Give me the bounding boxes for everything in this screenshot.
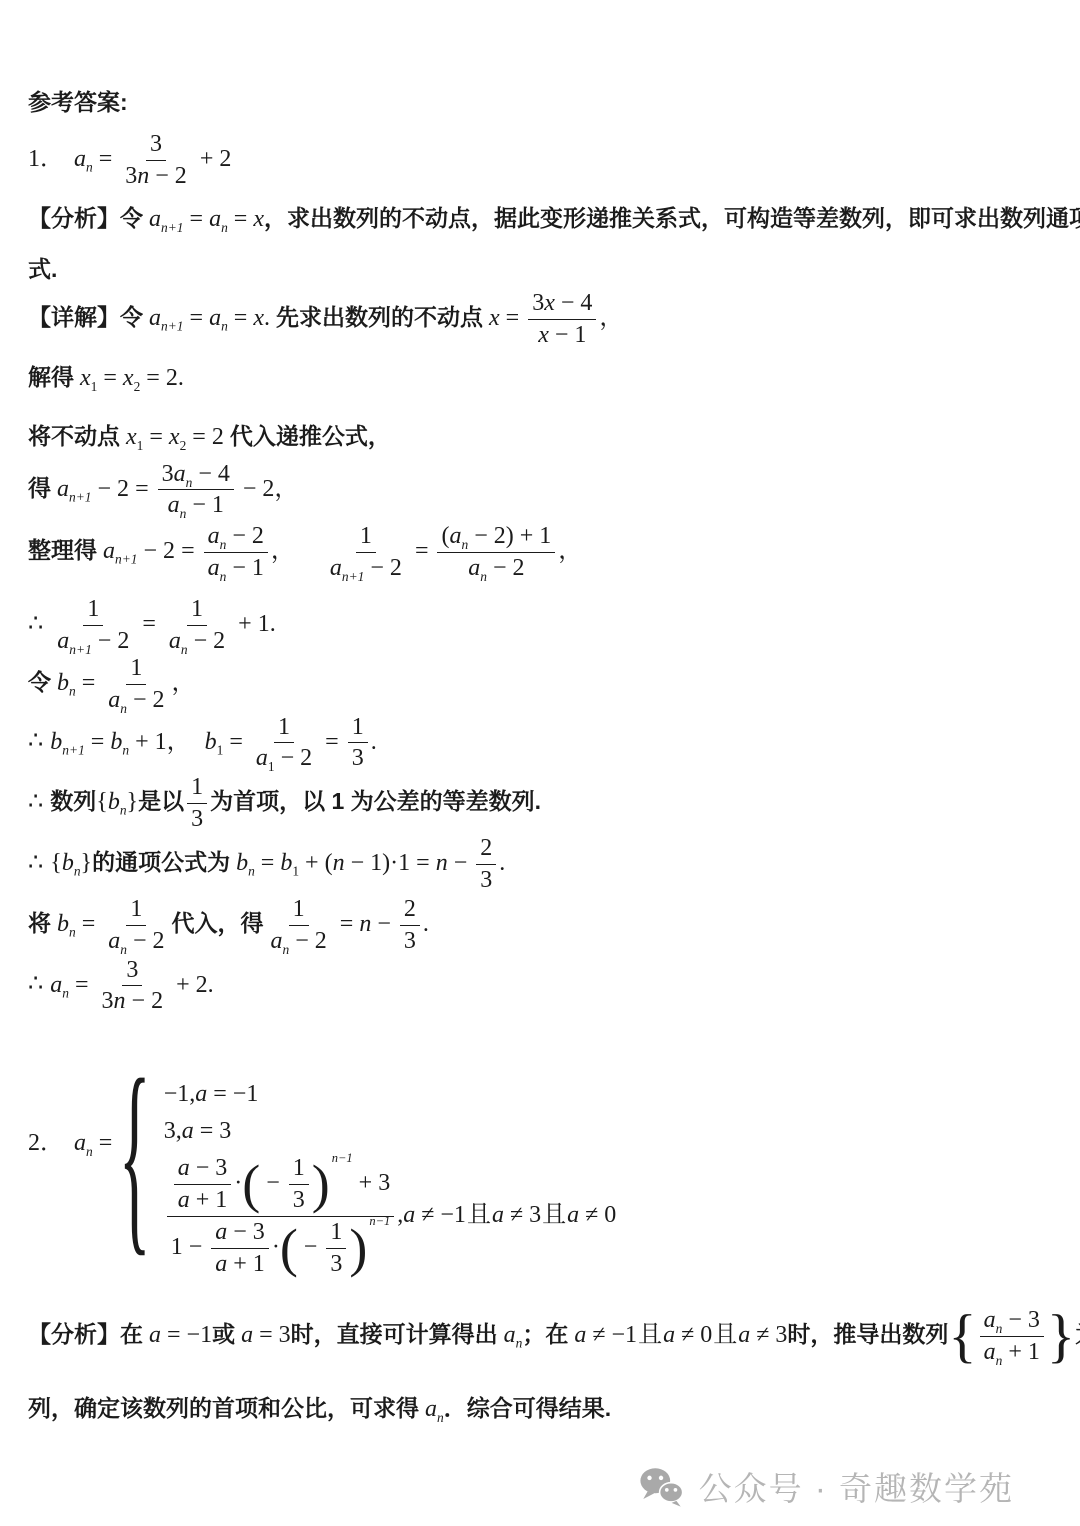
fraction: 23 <box>400 896 420 955</box>
denominator: a1 − 2 <box>252 743 316 772</box>
arithmetic-conclusion: ∴数列{bn}是以13为首项，以 1 为公差的等差数列. <box>28 774 1056 833</box>
sub-np1: n+1 <box>62 742 85 757</box>
denominator: 3 <box>476 865 496 894</box>
op: + 1 <box>190 1187 228 1213</box>
sub-n: n <box>62 985 69 1000</box>
fraction: a − 3a + 1 <box>174 1155 232 1214</box>
brace: { <box>50 850 62 876</box>
var-b: b <box>57 670 69 696</box>
var-a: a <box>208 523 220 549</box>
comma: ， <box>558 538 582 564</box>
var-a: a <box>174 461 186 487</box>
var-a: a <box>241 1322 253 1348</box>
analysis-1-line-1: 【分析】令 an+1 = an = x，求出数列的不动点，据此变形递推关系式，可… <box>28 200 1056 233</box>
analysis-1-line-2: 式. <box>28 251 1056 284</box>
op: + 2 <box>170 971 208 997</box>
op-dot1: ·1 <box>390 850 410 876</box>
var-a: a <box>168 492 180 518</box>
coef: 3 <box>162 461 174 487</box>
var-a: a <box>330 555 342 581</box>
fraction: 1an+1 − 2 <box>326 523 406 582</box>
cn-budong: 将不动点 <box>28 423 120 449</box>
op: + 1 <box>232 611 270 637</box>
analysis-2-line-2: 列，确定该数列的首项和公比，可求得 an．综合可得结果. <box>28 1390 1056 1423</box>
op-eq: = <box>69 971 95 997</box>
paren: ( <box>325 850 333 876</box>
derive-line-1: 得 an+1 − 2 = 3an − 4an − 1 − 2， <box>28 461 1056 520</box>
numerator: 3 <box>146 131 166 161</box>
answer-2-piecewise: 2．an = { −1,a = −1 3,a = 3 a − 3a + 1·( … <box>28 1019 1056 1291</box>
var-a: a <box>449 523 461 549</box>
op: − 3 <box>227 1219 265 1245</box>
big-brace-left: { <box>948 1304 976 1369</box>
coef: 3 <box>102 988 114 1014</box>
value: −1, <box>164 1081 196 1107</box>
cond: ≠ 3 <box>750 1322 787 1348</box>
document-page: 参考答案: 1．an = 33n − 2 + 2 【分析】令 an+1 = an… <box>0 0 1080 1423</box>
var-a: a <box>209 206 221 232</box>
cn-shiyi: 是以 <box>138 788 184 814</box>
var-a: a <box>195 1081 207 1107</box>
cn-dairu: 代入，得 <box>172 910 264 936</box>
op-dot: · <box>272 1234 280 1260</box>
var-a: a <box>215 1251 227 1277</box>
op-minus: − <box>371 911 397 937</box>
var-a: a <box>984 1307 996 1333</box>
coef: 3 <box>532 290 544 316</box>
var-b: b <box>236 850 248 876</box>
denominator: an − 2 <box>165 626 229 655</box>
var-a: a <box>178 1155 190 1181</box>
bn-general-term: ∴{bn}的通项公式为 bn = b1 + (n − 1)·1 = n − 23… <box>28 835 1056 894</box>
op-dot: · <box>234 1170 242 1196</box>
op: − 1 <box>549 322 587 348</box>
var-a: a <box>149 206 161 232</box>
fraction: 1an − 2 <box>267 896 331 955</box>
op: − 4 <box>192 461 230 487</box>
var-x: x <box>169 424 180 450</box>
denominator: x − 1 <box>534 320 590 349</box>
op: + 1 <box>227 1251 265 1277</box>
sub-n: n <box>480 569 487 584</box>
op-minus: − 2 <box>149 163 187 189</box>
cn-dairudt: 代入递推公式， <box>230 423 391 449</box>
cn-shulie: 数列 <box>50 788 96 814</box>
answer-1: 1．an = 33n − 2 + 2 <box>28 131 1056 190</box>
therefore-symbol: ∴ <box>28 611 43 637</box>
sub-n: n <box>221 318 228 333</box>
cn-za4: ；在 <box>522 1321 568 1347</box>
comma: ， <box>274 475 298 501</box>
op: − 2 <box>127 687 165 713</box>
op-neg: − <box>298 1234 324 1260</box>
denominator: an+1 − 2 <box>326 553 406 582</box>
fraction: 3x − 4x − 1 <box>528 290 596 349</box>
period: . <box>208 971 214 997</box>
var-a: a <box>108 928 120 954</box>
op: + 1 <box>1002 1339 1040 1365</box>
var-b: b <box>110 728 122 754</box>
var-b: b <box>62 850 74 876</box>
define-bn: 令 bn = 1an − 2， <box>28 655 1056 714</box>
var-b: b <box>280 850 292 876</box>
var-x: x <box>126 424 137 450</box>
sub-n: n <box>120 941 127 956</box>
cn-shouxiang: 为首项，以 1 为公差的等差数列. <box>210 788 541 814</box>
numerator: 2 <box>476 835 496 865</box>
numerator: 2 <box>400 896 420 926</box>
op-eq: = <box>85 728 111 754</box>
op: − 2 <box>487 555 525 581</box>
op: − 2 <box>92 475 130 501</box>
brace: { <box>96 789 108 815</box>
cn-jiede: 解得 <box>28 364 74 390</box>
numerator: 1 <box>348 714 368 744</box>
denominator: 3n − 2 <box>98 986 168 1015</box>
numerator: 1 <box>83 596 103 626</box>
title-text: 参考答案: <box>28 89 128 115</box>
op: − 2 <box>138 538 176 564</box>
cn-zb1: 列，确定该数列的首项和公比，可求得 <box>28 1395 419 1421</box>
cn-za6: 为等比数 <box>1075 1321 1080 1347</box>
op: − 2 <box>127 928 165 954</box>
fraction: 13 <box>326 1219 346 1278</box>
op-eq: = <box>228 206 254 232</box>
therefore-symbol: ∴ <box>28 971 43 997</box>
sub-n: n <box>120 803 127 818</box>
paren: ) <box>506 523 514 549</box>
denominator: 3 <box>289 1185 309 1214</box>
piecewise-cases: −1,a = −1 3,a = 3 a − 3a + 1·( − 13)n−1 … <box>164 1028 617 1283</box>
op-eq: = <box>76 911 102 937</box>
fraction: 13 <box>187 774 207 833</box>
numerator: 1 <box>126 896 146 926</box>
fraction: 3an − 4an − 1 <box>158 461 234 520</box>
denominator: a + 1 <box>211 1249 269 1278</box>
paren: ) <box>382 850 390 876</box>
var-a: a <box>209 305 221 331</box>
var-a: a <box>425 1396 437 1422</box>
var-x: x <box>123 365 134 391</box>
op: − 2 <box>289 928 327 954</box>
analysis-label: 【分析】 <box>28 1321 120 1347</box>
denominator: an − 1 <box>204 553 268 582</box>
var-a: a <box>74 1130 86 1156</box>
var-a: a <box>74 146 86 172</box>
piecewise-lead: 2．an = <box>28 1122 112 1157</box>
cond: ≠ −1 <box>586 1322 637 1348</box>
op: − 1 <box>186 492 224 518</box>
sub-n: n <box>86 160 93 175</box>
wechat-icon <box>638 1466 686 1508</box>
sub-np1: n+1 <box>161 318 184 333</box>
var-a: a <box>57 628 69 654</box>
op: + 1 <box>129 728 167 754</box>
numerator: 1 <box>289 1155 309 1185</box>
op-eq: = <box>334 911 360 937</box>
numerator: a − 3a + 1·( − 13)n−1 + 3 <box>167 1155 395 1217</box>
sub-n: n <box>69 924 76 939</box>
denominator: an+1 − 2 <box>53 626 133 655</box>
op-eq: = <box>255 850 281 876</box>
left-brace: { <box>119 1048 151 1263</box>
cn-and: 且 <box>542 1202 566 1228</box>
var-x: x <box>544 290 555 316</box>
var-a: a <box>492 1202 504 1228</box>
exponent: n−1 <box>332 1151 353 1165</box>
var-a: a <box>504 1322 516 1348</box>
fraction: 1an − 2 <box>104 655 168 714</box>
cond: = 3 <box>253 1322 291 1348</box>
numerator: 1 <box>326 1219 346 1249</box>
fraction: 23 <box>476 835 496 894</box>
solve-x-line: 解得 x1 = x2 = 2. <box>28 359 1056 392</box>
op-minus: − <box>448 850 474 876</box>
period: . <box>270 611 276 637</box>
op-eq: = <box>76 670 102 696</box>
comma: ， <box>172 670 196 696</box>
therefore-recurrence: ∴1an+1 − 2 = 1an − 2 + 1. <box>28 596 1056 655</box>
var-a: a <box>208 555 220 581</box>
denominator: 3 <box>187 804 207 833</box>
var-a: a <box>403 1202 415 1228</box>
denominator: a + 1 <box>174 1185 232 1214</box>
var-b: b <box>108 789 120 815</box>
op-eq2: = 2 <box>186 424 224 450</box>
fraction: 1a1 − 2 <box>252 714 316 773</box>
detail-label: 【详解】 <box>28 304 120 330</box>
fraction: 1an − 2 <box>104 896 168 955</box>
op: + 1 <box>514 523 552 549</box>
denominator: 3 <box>400 926 420 955</box>
sub-np1: n+1 <box>342 569 365 584</box>
case-3: a − 3a + 1·( − 13)n−1 + 31 − a − 3a + 1·… <box>164 1155 617 1278</box>
const: 1 − <box>171 1234 209 1260</box>
item-number: 2． <box>28 1130 64 1156</box>
denominator: an − 2 <box>104 926 168 955</box>
denominator: an + 1 <box>980 1337 1044 1366</box>
var-a: a <box>574 1322 586 1348</box>
op-eq: = <box>319 728 345 754</box>
sub-np1: n+1 <box>115 552 138 567</box>
cond: ≠ 3 <box>504 1202 541 1228</box>
var-a: a <box>271 928 283 954</box>
fraction: an − 3an + 1 <box>980 1307 1044 1366</box>
cn-jiang: 将 <box>28 910 51 936</box>
var-x: x <box>253 206 264 232</box>
op-neg: − <box>260 1170 286 1196</box>
var-b: b <box>57 911 69 937</box>
op: − 3 <box>1002 1307 1040 1333</box>
numerator: a − 3 <box>174 1155 232 1185</box>
fraction: 13 <box>289 1155 309 1214</box>
op-eq: = <box>184 305 210 331</box>
numerator: (an − 2) + 1 <box>437 523 555 553</box>
var-n: n <box>359 911 371 937</box>
var-x: x <box>253 305 264 331</box>
op: − 1 <box>345 850 383 876</box>
big-fraction: a − 3a + 1·( − 13)n−1 + 31 − a − 3a + 1·… <box>167 1155 395 1278</box>
var-a: a <box>468 555 480 581</box>
sub-n: n <box>86 1144 93 1159</box>
therefore-symbol: ∴ <box>28 789 43 815</box>
analysis-label: 【分析】 <box>28 205 120 231</box>
var-a: a <box>256 745 268 771</box>
cond: = 3 <box>194 1118 232 1144</box>
var-a: a <box>149 305 161 331</box>
period: . <box>423 911 429 937</box>
fraction: 33n − 2 <box>121 131 191 190</box>
var-a: a <box>663 1322 675 1348</box>
cn-de: 得 <box>28 474 51 500</box>
fraction: a − 3a + 1 <box>211 1219 269 1278</box>
cond: = −1 <box>161 1322 212 1348</box>
op: − 1 <box>226 555 264 581</box>
answer-1-result: ∴an = 33n − 2 + 2. <box>28 957 1056 1016</box>
numerator: an − 3 <box>980 1307 1044 1337</box>
var-x: x <box>80 365 91 391</box>
op-eq: = <box>223 728 249 754</box>
watermark-label: 公众号 · 奇趣数学苑 <box>699 1463 1014 1510</box>
sub-n: n <box>69 683 76 698</box>
denominator: 3 <box>326 1249 346 1278</box>
var-n: n <box>137 163 149 189</box>
var-a: a <box>50 971 62 997</box>
answers-title: 参考答案: <box>28 84 1056 117</box>
fraction: 33n − 2 <box>98 957 168 1016</box>
numerator: 1 <box>356 523 376 553</box>
op: − 2 <box>126 988 164 1014</box>
case-1: −1,a = −1 <box>164 1081 617 1108</box>
fraction: 1an+1 − 2 <box>53 596 133 655</box>
cn-zb2: ．综合可得结果. <box>444 1395 611 1421</box>
cn-za5: 时，推导出数列 <box>787 1321 948 1347</box>
op: − 2 <box>226 523 264 549</box>
numerator: 3x − 4 <box>528 290 596 320</box>
cn-za2: 或 <box>212 1321 235 1347</box>
period: . <box>264 305 270 331</box>
cn-za3: 时，直接可计算得出 <box>291 1321 498 1347</box>
therefore-symbol: ∴ <box>28 850 43 876</box>
detail-1-intro: 【详解】令 an+1 = an = x. 先求出数列的不动点 x = 3x − … <box>28 290 1056 349</box>
op: − 2 <box>237 475 275 501</box>
cn-za1: 在 <box>120 1321 143 1347</box>
fraction: an − 2an − 1 <box>204 523 268 582</box>
numerator: 1 <box>289 896 309 926</box>
op: − 2 <box>92 628 130 654</box>
coef: 3 <box>125 163 137 189</box>
op: − 2 <box>468 523 506 549</box>
sub-1: 1 <box>268 759 275 774</box>
cond: ≠ 0 <box>675 1322 712 1348</box>
sub-np1: n+1 <box>161 220 184 235</box>
var-a: a <box>178 1187 190 1213</box>
var-x: x <box>489 305 500 331</box>
op-eq: = <box>93 146 119 172</box>
cn-ling: 令 <box>120 304 143 330</box>
bn-recurrence: ∴bn+1 = bn + 1，b1 = 1a1 − 2 = 13. <box>28 714 1056 773</box>
sub-n: n <box>437 1410 444 1425</box>
sub-np1: n+1 <box>69 489 92 504</box>
var-n: n <box>114 988 126 1014</box>
brace: } <box>127 789 139 815</box>
var-a: a <box>182 1118 194 1144</box>
var-n: n <box>333 850 345 876</box>
var-a: a <box>215 1219 227 1245</box>
substitute-line: 将不动点 x1 = x2 = 2 代入递推公式， <box>28 418 1056 451</box>
op-eq: = <box>184 206 210 232</box>
brace: } <box>81 850 93 876</box>
numerator: 1 <box>274 714 294 744</box>
denominator: an − 2 <box>267 926 331 955</box>
numerator: 1 <box>187 774 207 804</box>
cn-ling: 令 <box>120 205 143 231</box>
numerator: an − 2 <box>204 523 268 553</box>
denominator: an − 2 <box>104 685 168 714</box>
op-eq: = <box>500 305 526 331</box>
op: − 2 <box>275 745 313 771</box>
op-eq: = <box>129 475 155 501</box>
var-a: a <box>738 1322 750 1348</box>
denominator: 3 <box>348 743 368 772</box>
cn-and: 且 <box>713 1322 737 1348</box>
sub-n: n <box>221 220 228 235</box>
cn-tongxiang: 的通项公式为 <box>92 849 230 875</box>
var-a: a <box>149 1322 161 1348</box>
cn-zhengli: 整理得 <box>28 537 97 563</box>
big-brace-right: } <box>1047 1304 1075 1369</box>
case-2: 3,a = 3 <box>164 1118 617 1145</box>
var-a: a <box>567 1202 579 1228</box>
numerator: 1 <box>187 596 207 626</box>
cond: ≠ −1 <box>415 1202 466 1228</box>
op-plus: + <box>299 850 325 876</box>
op-eq2: = 2 <box>140 365 178 391</box>
period: . <box>499 850 505 876</box>
numerator: 3 <box>122 957 142 987</box>
fraction: 1an − 2 <box>165 596 229 655</box>
op-eq: = <box>175 538 201 564</box>
op-eq: = <box>410 850 436 876</box>
var-a: a <box>57 475 69 501</box>
analysis-text: ，求出数列的不动点，据此变形递推关系式，可构造等差数列，即可求出数列通项公 <box>264 205 1080 231</box>
denominator: an − 1 <box>164 490 228 519</box>
op-eq: = <box>409 538 435 564</box>
op-eq: = <box>97 365 123 391</box>
substitute-back: 将 bn = 1an − 2代入，得1an − 2 = n − 23. <box>28 896 1056 955</box>
numerator: a − 3 <box>211 1219 269 1249</box>
item-number: 1． <box>28 146 64 172</box>
denominator: 3n − 2 <box>121 161 191 190</box>
fraction: 13 <box>348 714 368 773</box>
piecewise-brace: { <box>116 1019 153 1291</box>
var-x: x <box>538 322 549 348</box>
op-eq: = <box>136 611 162 637</box>
fraction: (an − 2) + 1an − 2 <box>437 523 555 582</box>
cn-ling: 令 <box>28 669 51 695</box>
analysis-text-cont: 式. <box>28 256 57 282</box>
exponent: n−1 <box>369 1214 390 1228</box>
op-eq: = <box>228 305 254 331</box>
op-eq: = <box>93 1130 113 1156</box>
period: . <box>371 728 377 754</box>
cn-and: 且 <box>467 1202 491 1228</box>
var-a: a <box>108 687 120 713</box>
derive-line-2: 整理得 an+1 − 2 = an − 2an − 1，1an+1 − 2 = … <box>28 523 1056 582</box>
op-eq: = <box>143 424 169 450</box>
var-a: a <box>103 538 115 564</box>
var-a: a <box>169 628 181 654</box>
